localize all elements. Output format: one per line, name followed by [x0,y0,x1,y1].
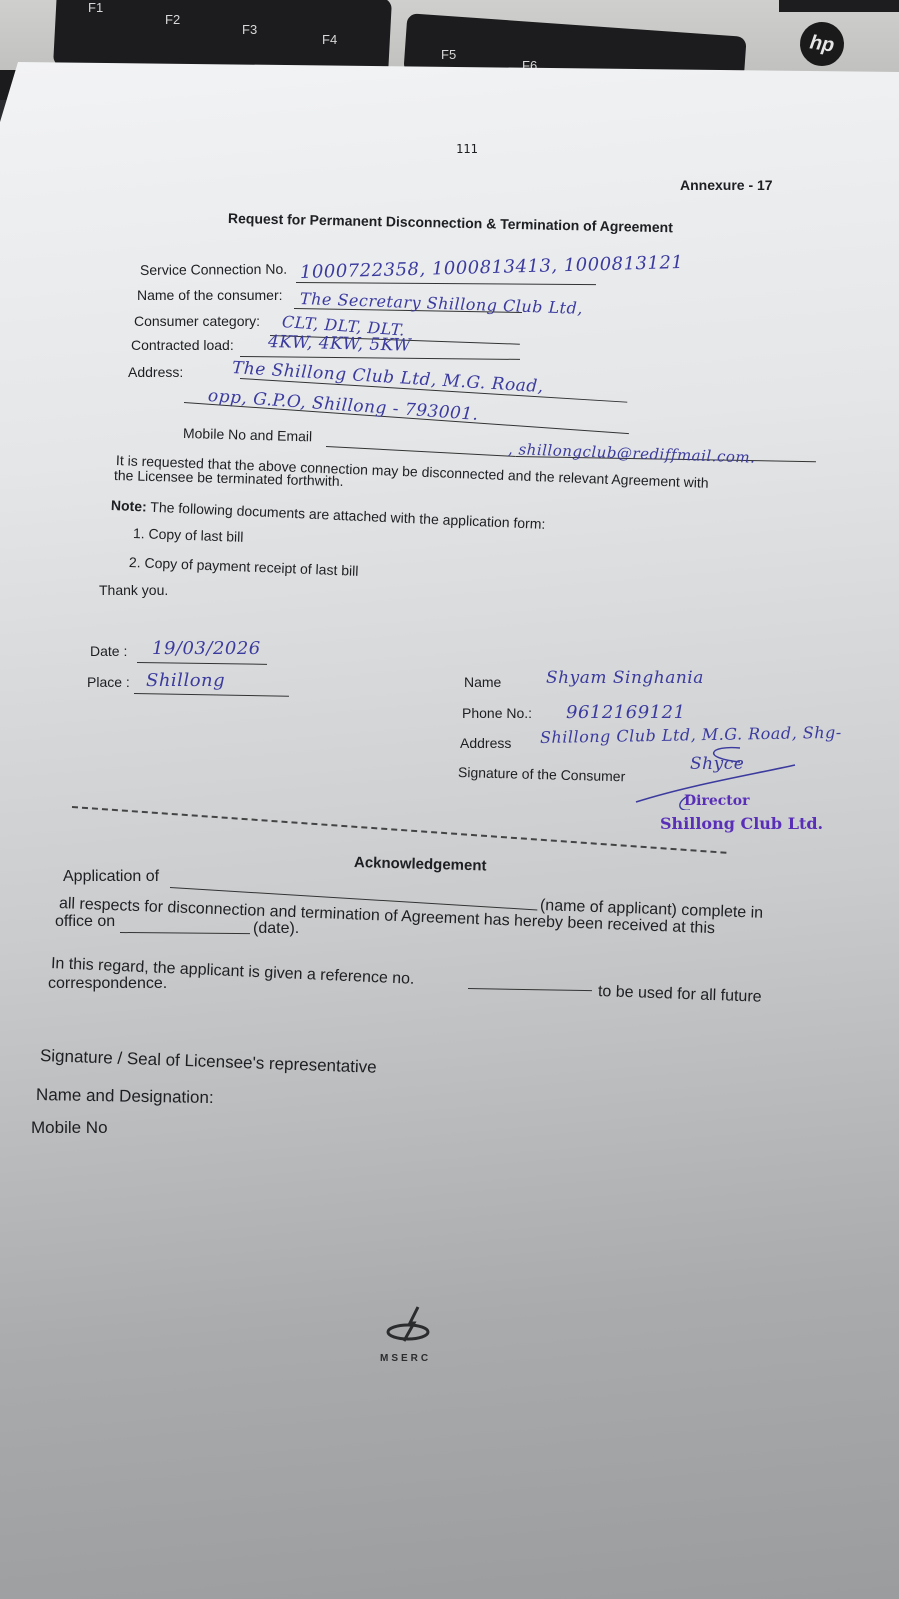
stamp-title: Director [684,793,749,809]
consumer-category-label: Consumer category: [134,313,260,329]
annexure-label: Annexure - 17 [680,177,773,193]
service-connection-label: Service Connection No. [140,261,287,278]
keyboard-edge [779,0,899,12]
key-f1: F1 [88,0,103,15]
mobile-email-label: Mobile No and Email [183,425,313,444]
licensee-name-label: Name and Designation: [36,1085,214,1108]
address-label: Address: [128,364,183,380]
consumer-signatory-name[interactable]: Shyam Singhania [546,668,704,688]
mserc-logo-icon [378,1305,438,1345]
key-f5: F5 [441,47,456,62]
consumer-name-label: Name of the consumer: [137,287,283,303]
place-value[interactable]: Shillong [146,670,225,691]
key-f4: F4 [322,32,337,47]
note-label: Note: [111,497,147,515]
contracted-load-label: Contracted load: [131,337,234,353]
key-f3: F3 [242,22,257,37]
thank-you-text: Thank you. [99,582,168,598]
licensee-mobile-label: Mobile No [31,1118,108,1138]
date-label: Date : [90,643,127,659]
date-value[interactable]: 19/03/2026 [152,638,261,659]
page-number: 111 [456,142,478,156]
ack-office-prefix: office on [55,913,115,931]
consumer-address-label: Address [460,735,511,751]
stamp-organization: Shillong Club Ltd. [660,814,823,833]
contracted-load-value[interactable]: 4KW, 4KW, 5KW [268,332,412,356]
hp-logo-icon: hp [797,19,847,69]
place-label: Place : [87,674,130,690]
key-f2: F2 [165,12,180,27]
ack-application-prefix: Application of [63,868,159,886]
ack-office-suffix: (date). [253,920,299,938]
consumer-phone-value[interactable]: 9612169121 [566,702,686,723]
ack-line-5: correspondence. [48,975,167,993]
acknowledgement-title: Acknowledgement [354,854,487,874]
consumer-phone-label: Phone No.: [462,705,532,721]
consumer-name-label: Name [464,674,501,690]
mserc-logo-text: MSERC [380,1353,431,1364]
